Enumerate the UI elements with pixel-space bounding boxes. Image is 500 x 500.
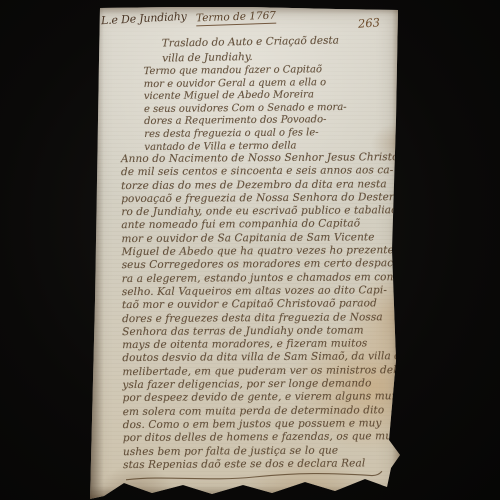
flourish-stroke-icon bbox=[124, 469, 386, 485]
page-number: 263 bbox=[358, 15, 381, 30]
manuscript-page: L.e De Jundiahy Termo de 1767 263 Trasla… bbox=[86, 5, 402, 500]
header-year-text: Termo de 1767 bbox=[196, 10, 276, 27]
header-volume-label: L.e De Jundiahy bbox=[101, 10, 187, 27]
title-block: Traslado do Auto e Criaçaõ desta villa d… bbox=[162, 33, 340, 66]
preamble-block: Termo que mandou fazer o Capitaõ mor e o… bbox=[144, 64, 348, 154]
body-text-block: Anno do Nacimento de Nosso Senhor Jesus … bbox=[121, 151, 429, 472]
signature-flourish bbox=[124, 469, 386, 485]
photo-background: L.e De Jundiahy Termo de 1767 263 Trasla… bbox=[0, 0, 500, 500]
header-year-label: Termo de 1767 bbox=[196, 10, 276, 25]
